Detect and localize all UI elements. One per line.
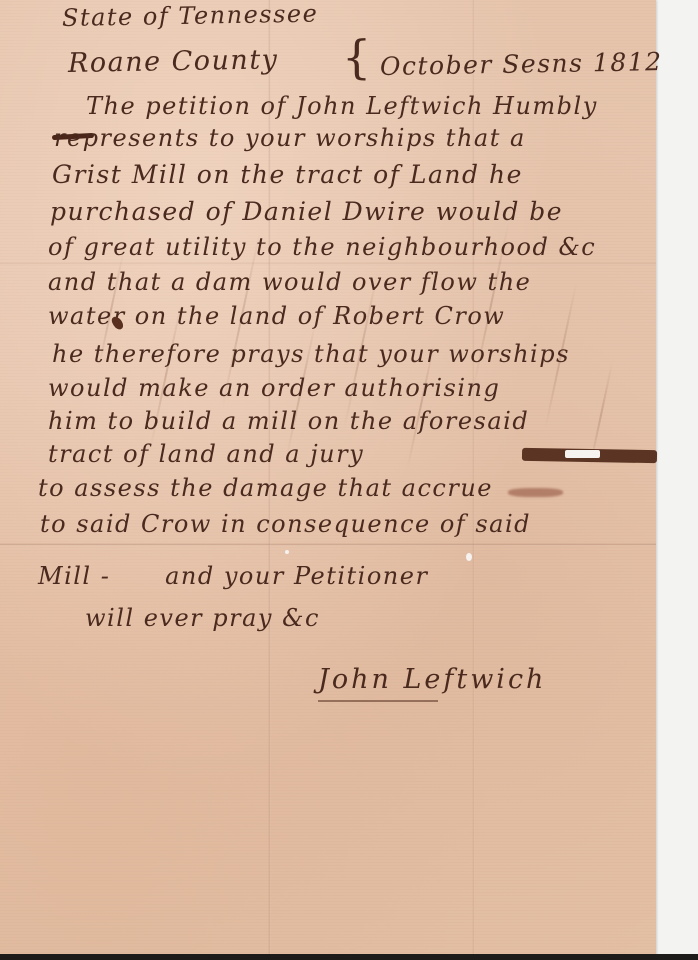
body-line-4: purchased of Daniel Dwire would be (50, 197, 563, 226)
body-line-1: The petition of John Leftwich Humbly (86, 92, 598, 120)
signature: John Leftwich (318, 664, 546, 695)
body-line-8: he therefore prays that your worships (52, 340, 570, 368)
body-line-10: him to build a mill on the aforesaid (48, 407, 529, 435)
body-line-12: to assess the damage that accrue (38, 474, 493, 502)
paper-hole (285, 550, 289, 554)
body-line-5: of great utility to the neighbourhood &c (48, 233, 596, 261)
scanner-edge (0, 954, 698, 960)
body-line-3: Grist Mill on the tract of Land he (52, 160, 523, 189)
paper-hole (466, 553, 472, 561)
header-state: State of Tennessee (62, 0, 319, 32)
body-line-6: and that a dam would over flow the (48, 268, 531, 296)
body-line-15: will ever pray &c (85, 604, 320, 632)
body-line-13: to said Crow in consequence of said (40, 510, 531, 538)
ink-smear (508, 488, 563, 497)
body-line-9: would make an order authorising (48, 374, 500, 402)
paper-hole (565, 450, 600, 458)
body-line-2: represents to your worships that a (54, 124, 526, 152)
body-line-14: Mill - and your Petitioner (38, 562, 428, 590)
header-date: October Sesns 1812 (380, 47, 663, 81)
header-county: Roane County (68, 44, 279, 79)
signature-underline (318, 700, 438, 702)
fold-line-horizontal (0, 543, 656, 546)
header-brace: { (342, 30, 373, 84)
body-line-11: tract of land and a jury (48, 440, 364, 468)
document-page: State of Tennessee Roane County { Octobe… (0, 0, 656, 956)
fold-line-horizontal (0, 262, 656, 265)
